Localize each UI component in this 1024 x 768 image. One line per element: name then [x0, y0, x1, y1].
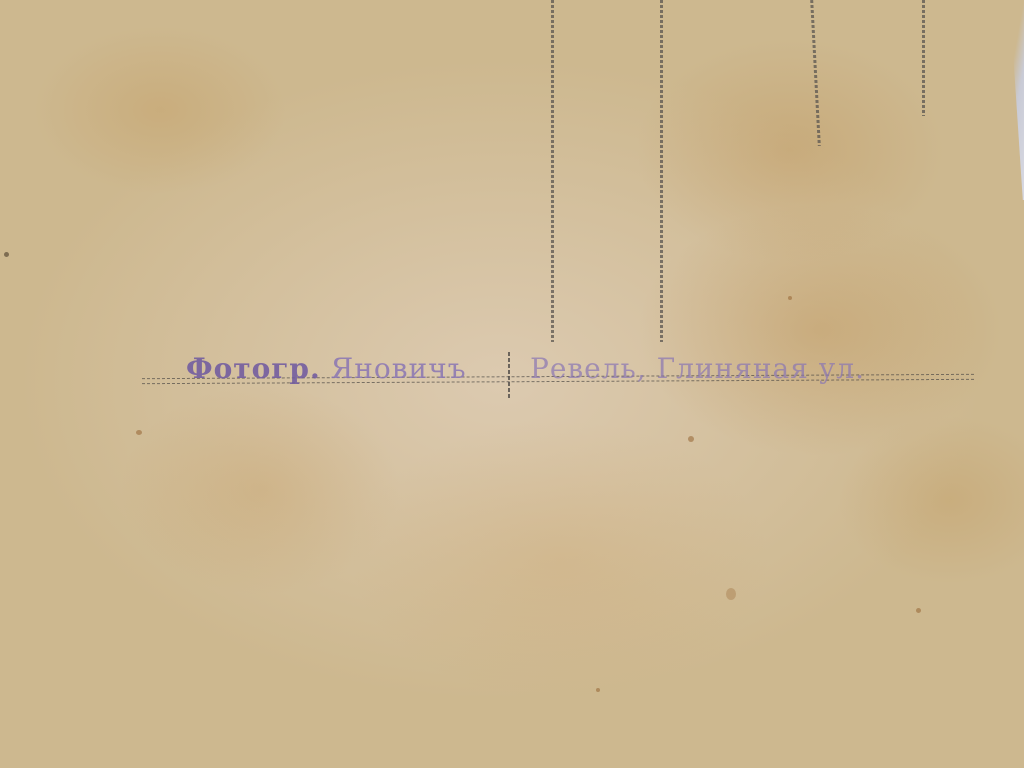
- printed-divider-line: [810, 0, 821, 146]
- foxing-spot: [136, 430, 142, 435]
- stamp-divider: [508, 352, 510, 400]
- foxing-spot: [726, 588, 736, 600]
- printed-divider-line: [551, 0, 554, 342]
- stamp-prefix: Фотогр.: [186, 352, 321, 385]
- stamp-photographer: Фотогр. Яновичъ: [186, 352, 467, 385]
- foxing-spot: [4, 252, 9, 257]
- photo-card-back: Фотогр. Яновичъ Ревель, Глиняная ул.: [0, 0, 1024, 768]
- foxing-spot: [788, 296, 792, 300]
- background-surface-edge: [1000, 0, 1024, 200]
- stamp-name: Яновичъ: [331, 352, 467, 385]
- foxing-spot: [688, 436, 694, 442]
- printed-divider-line: [660, 0, 663, 342]
- foxing-spot: [596, 688, 600, 692]
- printed-divider-line: [922, 0, 925, 116]
- foxing-spot: [916, 608, 921, 613]
- stamp-address: Ревель, Глиняная ул.: [530, 352, 865, 385]
